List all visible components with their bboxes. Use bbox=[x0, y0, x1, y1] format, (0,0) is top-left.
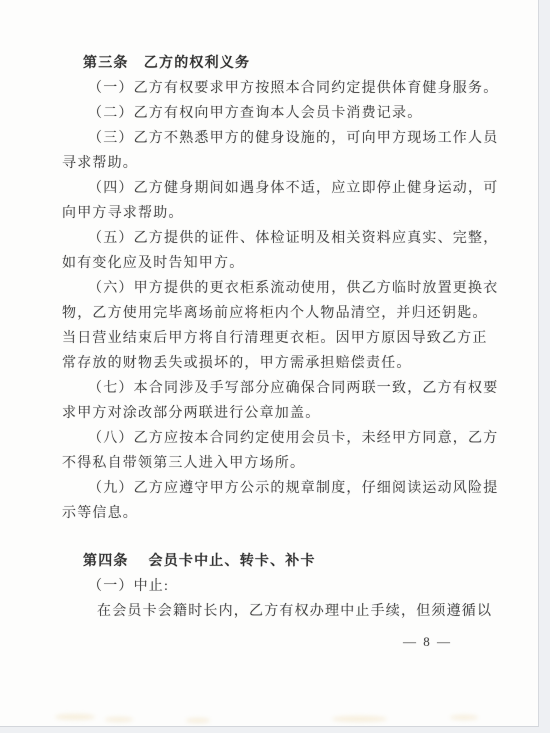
section-spacer bbox=[62, 526, 538, 549]
scan-smudge bbox=[55, 714, 95, 720]
contract-line: 不得私自带领第三人进入甲方场所。 bbox=[62, 451, 538, 476]
scan-smudge bbox=[332, 716, 387, 722]
contract-line: （八）乙方应按本合同约定使用会员卡，未经甲方同意，乙方 bbox=[62, 426, 538, 451]
contract-line: （九）乙方应遵守甲方公示的规章制度，仔细阅读运动风险提 bbox=[62, 476, 538, 501]
contract-line: （一）中止: bbox=[62, 574, 538, 599]
contract-line: 向甲方寻求帮助。 bbox=[62, 201, 538, 226]
page-number: — 8 — bbox=[0, 632, 538, 652]
scan-smudge bbox=[450, 715, 478, 720]
contract-line: 在会员卡会籍时长内，乙方有权办理中止手续，但须遵循以 bbox=[62, 599, 538, 624]
contract-line: 如有变化应及时告知甲方。 bbox=[62, 251, 538, 276]
scanned-contract-page: 第三条 乙方的权利义务 （一）乙方有权要求甲方按照本合同约定提供体育健身服务。 … bbox=[0, 0, 550, 733]
contract-line: （三）乙方不熟悉甲方的健身设施的，可向甲方现场工作人员 bbox=[62, 126, 538, 151]
contract-line: （五）乙方提供的证件、体检证明及相关资料应真实、完整， bbox=[62, 226, 538, 251]
paper-sheet: 第三条 乙方的权利义务 （一）乙方有权要求甲方按照本合同约定提供体育健身服务。 … bbox=[0, 0, 539, 727]
contract-line: （六）甲方提供的更衣柜系流动使用，供乙方临时放置更换衣 bbox=[62, 276, 538, 301]
scan-smudge bbox=[105, 717, 133, 722]
contract-text-block: 第三条 乙方的权利义务 （一）乙方有权要求甲方按照本合同约定提供体育健身服务。 … bbox=[0, 0, 538, 624]
contract-line: （一）乙方有权要求甲方按照本合同约定提供体育健身服务。 bbox=[62, 76, 538, 101]
article-4-heading: 第四条 会员卡中止、转卡、补卡 bbox=[62, 549, 538, 574]
scan-smudge bbox=[186, 718, 210, 723]
contract-line: （七）本合同涉及手写部分应确保合同两联一致，乙方有权要 bbox=[62, 376, 538, 401]
contract-line: 求甲方对涂改部分两联进行公章加盖。 bbox=[62, 401, 538, 426]
contract-line: 常存放的财物丢失或损坏的，甲方需承担赔偿责任。 bbox=[62, 351, 538, 376]
contract-line: 寻求帮助。 bbox=[62, 151, 538, 176]
contract-line: （四）乙方健身期间如遇身体不适，应立即停止健身运动，可 bbox=[62, 176, 538, 201]
contract-line: 当日营业结束后甲方将自行清理更衣柜。因甲方原因导致乙方正 bbox=[62, 326, 538, 351]
contract-line: 示等信息。 bbox=[62, 501, 538, 526]
contract-line: 物，乙方使用完毕离场前应将柜内个人物品清空，并归还钥匙。 bbox=[62, 301, 538, 326]
article-3-heading: 第三条 乙方的权利义务 bbox=[62, 51, 538, 76]
contract-line: （二）乙方有权向甲方查询本人会员卡消费记录。 bbox=[62, 101, 538, 126]
